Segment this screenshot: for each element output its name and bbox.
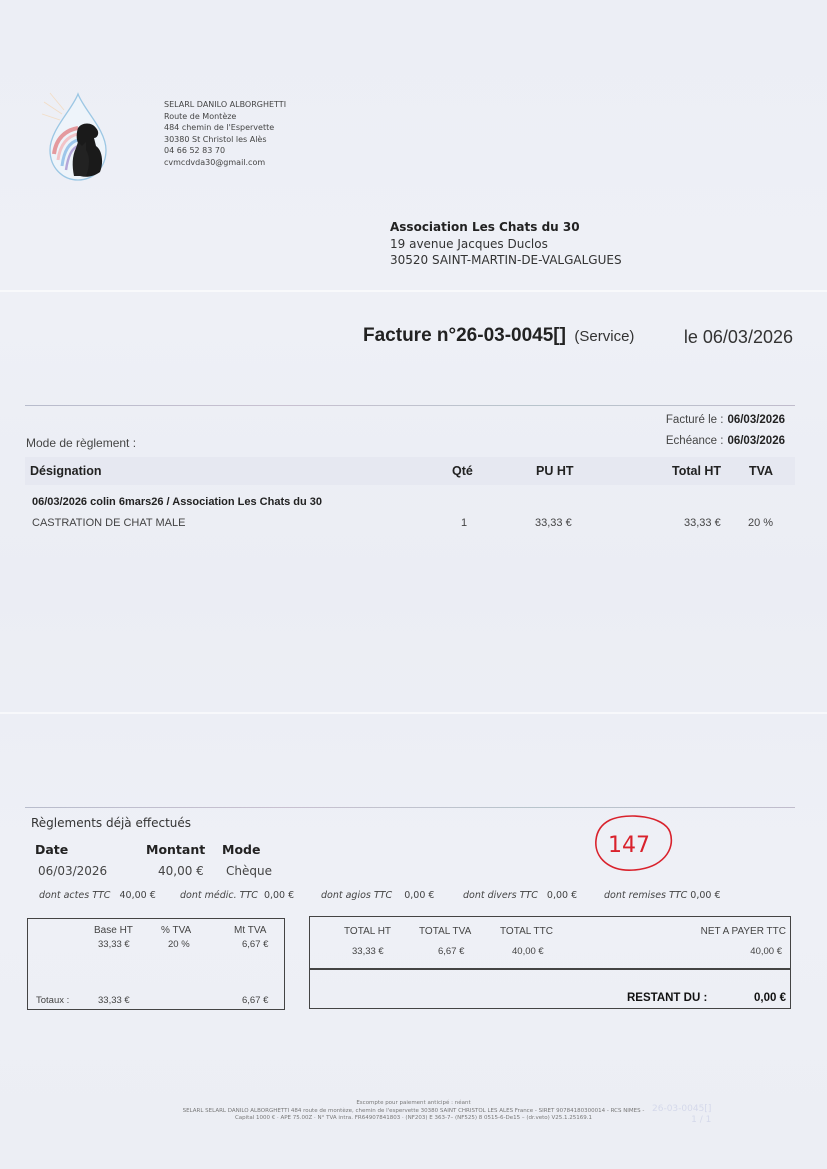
sender-address-line: Route de Montèze xyxy=(164,111,286,123)
invoice-number: Facture n°26-03-0045[] xyxy=(363,325,566,346)
col-designation: Désignation xyxy=(30,464,102,478)
recipient-address-line: 19 avenue Jacques Duclos xyxy=(390,236,622,253)
remaining-label: RESTANT DU : xyxy=(627,992,707,1004)
remaining-value: 0,00 € xyxy=(754,992,786,1004)
table-header: Désignation Qté PU HT Total HT TVA xyxy=(25,457,795,485)
line-group-title: 06/03/2026 colin 6mars26 / Association L… xyxy=(32,496,322,508)
billed-label: Facturé le : xyxy=(666,414,724,426)
vat-totals-base: 33,33 € xyxy=(98,995,130,1006)
col-unit-price: PU HT xyxy=(536,464,574,478)
billed-date: 06/03/2026 xyxy=(727,414,785,426)
payments-title: Règlements déjà effectués xyxy=(31,816,191,830)
handwritten-note: 147 xyxy=(608,833,650,858)
footer-page-number: 1 / 1 xyxy=(652,1115,711,1126)
breakdown-acts: dont actes TTC 40,00 € xyxy=(39,890,156,901)
payment-amount: 40,00 € xyxy=(158,864,204,878)
row-vat: 20 % xyxy=(748,517,773,529)
payments-col-amount: Montant xyxy=(146,842,205,857)
vat-col-amount: Mt TVA xyxy=(234,925,266,936)
breakdown-remises: dont remises TTC 0,00 € xyxy=(604,890,721,901)
footer-reference: 26-03-0045[] 1 / 1 xyxy=(652,1104,711,1126)
due-date: 06/03/2026 xyxy=(727,435,785,447)
total-tva-value: 6,67 € xyxy=(438,946,464,957)
total-ttc-value: 40,00 € xyxy=(512,946,544,957)
col-vat: TVA xyxy=(749,464,773,478)
footer-invoice-ref: 26-03-0045[] xyxy=(652,1104,711,1115)
row-total: 33,33 € xyxy=(684,517,721,529)
vat-summary-box: Base HT % TVA Mt TVA 33,33 € 20 % 6,67 €… xyxy=(27,918,285,1010)
recipient-name: Association Les Chats du 30 xyxy=(390,219,622,236)
payment-mode: Chèque xyxy=(226,864,272,878)
vat-col-base: Base HT xyxy=(94,925,133,936)
breakdown-agios: dont agios TTC 0,00 € xyxy=(321,890,434,901)
vat-totals-label: Totaux : xyxy=(36,995,69,1006)
total-tva-label: TOTAL TVA xyxy=(419,926,471,937)
paper-fold xyxy=(0,290,827,292)
breakdown-medic: dont médic. TTC 0,00 € xyxy=(180,890,294,901)
sender-company: SELARL DANILO ALBORGHETTI xyxy=(164,99,286,111)
paper-fold xyxy=(0,712,827,714)
vat-totals-amount: 6,67 € xyxy=(242,995,268,1006)
row-qty: 1 xyxy=(461,517,467,529)
divider xyxy=(25,405,795,406)
payment-mode-label: Mode de règlement : xyxy=(26,436,136,450)
sender-email: cvmcdvda30@gmail.com xyxy=(164,157,286,169)
recipient-address: Association Les Chats du 30 19 avenue Ja… xyxy=(390,219,622,269)
net-value: 40,00 € xyxy=(750,946,782,957)
vat-col-rate: % TVA xyxy=(161,925,191,936)
total-ht-value: 33,33 € xyxy=(352,946,384,957)
recipient-address-line: 30520 SAINT-MARTIN-DE-VALGALGUES xyxy=(390,252,622,269)
row-unit-price: 33,33 € xyxy=(535,517,572,529)
sender-phone: 04 66 52 83 70 xyxy=(164,145,286,157)
payments-col-date: Date xyxy=(35,842,68,857)
payments-col-mode: Mode xyxy=(222,842,260,857)
col-total: Total HT xyxy=(672,464,721,478)
breakdown-divers: dont divers TTC 0,00 € xyxy=(463,890,577,901)
clinic-logo-icon xyxy=(42,88,114,183)
remaining-box: RESTANT DU : 0,00 € xyxy=(309,968,791,1009)
due-label: Echéance : xyxy=(666,435,724,447)
invoice-meta: Facturé le :06/03/2026 Echéance :06/03/2… xyxy=(666,410,785,452)
sender-address-line: 484 chemin de l'Espervette xyxy=(164,122,286,134)
divider xyxy=(25,807,795,808)
row-designation: CASTRATION DE CHAT MALE xyxy=(32,517,185,529)
vat-base: 33,33 € xyxy=(98,939,130,950)
invoice-title: Facture n°26-03-0045[] (Service) le 06/0… xyxy=(363,325,793,347)
handwritten-number-circled: 147 xyxy=(588,814,680,874)
total-ht-label: TOTAL HT xyxy=(344,926,391,937)
payment-date: 06/03/2026 xyxy=(38,864,107,878)
col-qty: Qté xyxy=(452,464,473,478)
invoice-date: le 06/03/2026 xyxy=(684,327,793,348)
total-ttc-label: TOTAL TTC xyxy=(500,926,553,937)
vat-rate: 20 % xyxy=(168,939,190,950)
invoice-kind: (Service) xyxy=(574,328,634,345)
sender-address-line: 30380 St Christol les Alès xyxy=(164,134,286,146)
vat-amount: 6,67 € xyxy=(242,939,268,950)
totals-box: TOTAL HT TOTAL TVA TOTAL TTC NET A PAYER… xyxy=(309,916,791,970)
sender-address: SELARL DANILO ALBORGHETTI Route de Montè… xyxy=(164,99,286,168)
net-label: NET A PAYER TTC xyxy=(701,926,786,937)
